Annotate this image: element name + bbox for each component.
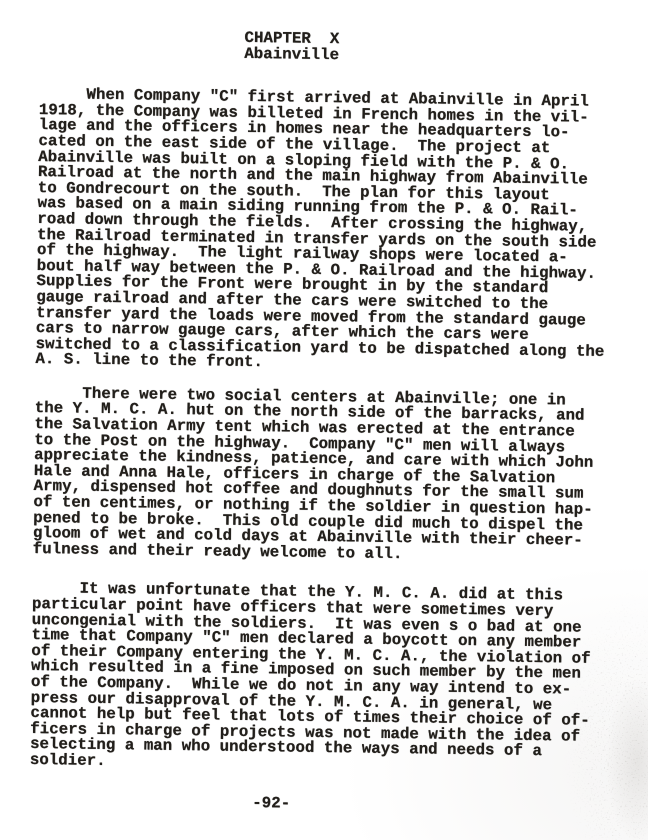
page-content: CHAPTER X Abainville When Company "C" fi… [29,28,620,817]
page-number: -92- [252,794,290,813]
paragraph-3: It was unfortunate that the Y. M. C. A. … [30,581,613,776]
page-number-block: -92- [29,790,513,815]
paragraph-1: When Company "C" first arrived at Abainv… [35,87,619,376]
paragraph-2: There were two social centers at Abainvi… [33,386,615,566]
scanned-document-page: CHAPTER X Abainville When Company "C" fi… [0,0,648,840]
chapter-heading-block: CHAPTER X Abainville [40,28,544,66]
